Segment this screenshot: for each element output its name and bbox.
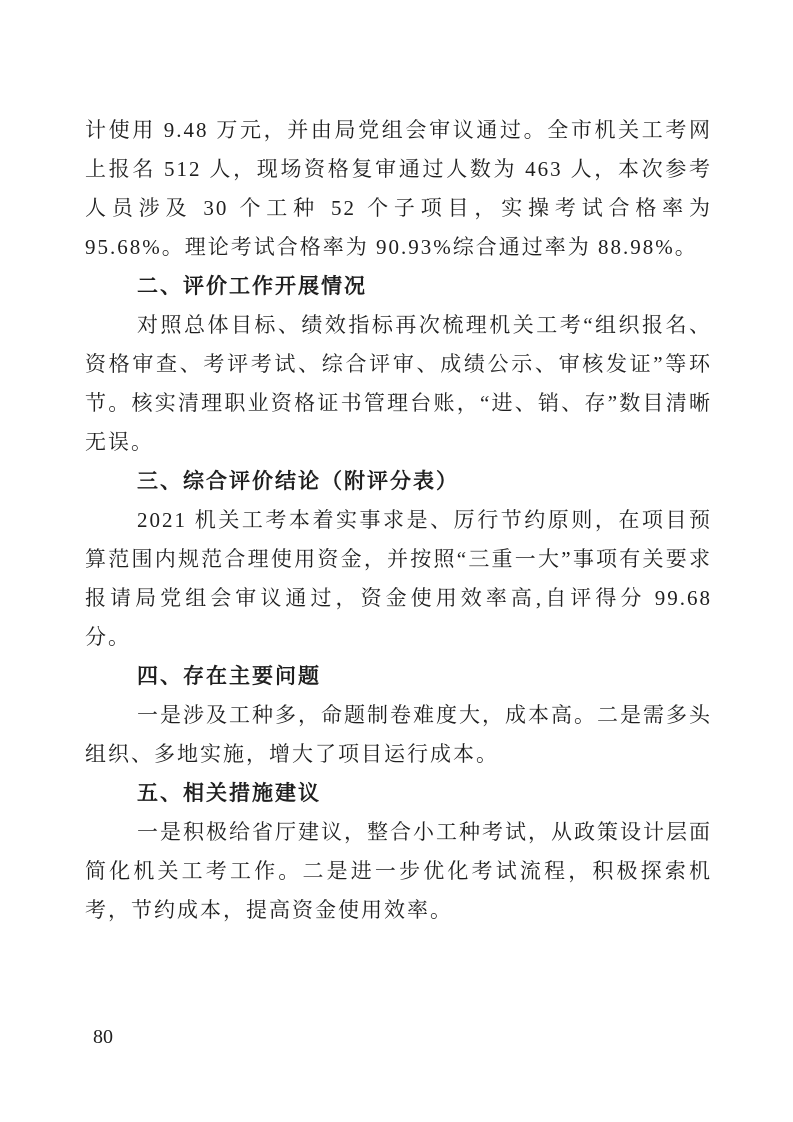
heading-section-3-evaluation-conclusion: 三、综合评价结论（附评分表） bbox=[85, 462, 712, 501]
document-page: 计使用 9.48 万元，并由局党组会审议通过。全市机关工考网上报名 512 人，… bbox=[0, 0, 793, 1122]
paragraph-section-5-suggested-measures: 一是积极给省厅建议，整合小工种考试，从政策设计层面简化机关工考工作。二是进一步优… bbox=[85, 813, 712, 930]
paragraph-section-3-evaluation-conclusion: 2021 机关工考本着实事求是、厉行节约原则，在项目预算范围内规范合理使用资金，… bbox=[85, 501, 712, 657]
paragraph-section-2-evaluation-work: 对照总体目标、绩效指标再次梳理机关工考“组织报名、资格审查、考评考试、综合评审、… bbox=[85, 306, 712, 462]
paragraph-exam-statistics: 计使用 9.48 万元，并由局党组会审议通过。全市机关工考网上报名 512 人，… bbox=[85, 111, 712, 267]
document-content: 计使用 9.48 万元，并由局党组会审议通过。全市机关工考网上报名 512 人，… bbox=[85, 111, 712, 930]
heading-section-4-main-problems: 四、存在主要问题 bbox=[85, 657, 712, 696]
paragraph-section-4-main-problems: 一是涉及工种多，命题制卷难度大，成本高。二是需多头组织、多地实施，增大了项目运行… bbox=[85, 696, 712, 774]
page-number: 80 bbox=[93, 1024, 113, 1050]
heading-section-5-suggested-measures: 五、相关措施建议 bbox=[85, 774, 712, 813]
heading-section-2-evaluation-work: 二、评价工作开展情况 bbox=[85, 267, 712, 306]
